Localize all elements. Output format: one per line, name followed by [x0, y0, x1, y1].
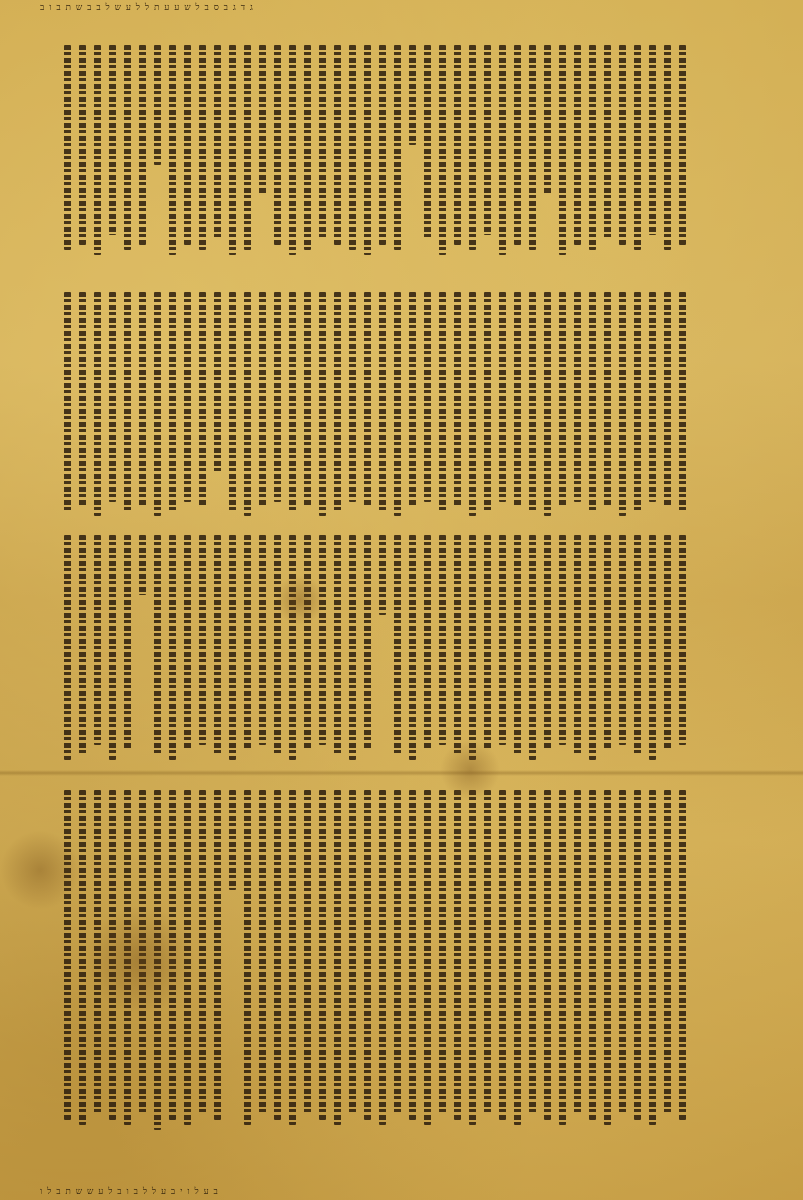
text-line — [287, 292, 298, 520]
text-line — [227, 790, 238, 1140]
text-line — [227, 45, 238, 280]
text-line — [512, 292, 523, 520]
text-line — [377, 45, 388, 280]
text-line — [242, 292, 253, 520]
text-line — [452, 535, 463, 767]
text-line — [572, 292, 583, 520]
text-line — [362, 292, 373, 520]
text-line — [467, 790, 478, 1140]
text-line — [572, 535, 583, 767]
text-line — [197, 292, 208, 520]
text-line — [137, 292, 148, 520]
text-line — [182, 535, 193, 767]
text-line — [587, 535, 598, 767]
text-line — [392, 535, 403, 767]
column-3 — [0, 535, 803, 767]
text-line — [557, 790, 568, 1140]
text-line — [677, 535, 688, 767]
text-line — [287, 790, 298, 1140]
top-partial-column: ג ד ג ב ס ב ל ש ע ע ת ל ל ע ש ל ב ב ש ת … — [40, 2, 740, 14]
text-line — [272, 292, 283, 520]
text-line — [212, 45, 223, 280]
text-line — [302, 45, 313, 280]
text-line — [467, 292, 478, 520]
text-line — [302, 292, 313, 520]
bottom-partial-column: ב ע ל ו י ב ע ל ל ב ו ב ל ע ש ש ת ב ל ו — [40, 1186, 740, 1198]
text-line — [62, 535, 73, 767]
text-line — [647, 45, 658, 280]
text-line — [572, 790, 583, 1140]
text-line — [347, 45, 358, 280]
text-line — [257, 535, 268, 767]
text-line — [527, 790, 538, 1140]
text-line — [512, 535, 523, 767]
text-line — [212, 292, 223, 520]
text-line — [677, 790, 688, 1140]
text-line — [497, 292, 508, 520]
text-line — [272, 790, 283, 1140]
text-line — [182, 45, 193, 280]
text-line — [617, 45, 628, 280]
text-line — [602, 292, 613, 520]
text-line — [77, 535, 88, 767]
text-line — [647, 292, 658, 520]
text-line — [542, 292, 553, 520]
text-line — [362, 790, 373, 1140]
text-line — [182, 292, 193, 520]
text-line — [662, 790, 673, 1140]
column-2 — [0, 292, 803, 520]
text-line — [677, 292, 688, 520]
text-line — [407, 292, 418, 520]
text-line — [167, 292, 178, 520]
text-line — [212, 535, 223, 767]
text-line — [167, 45, 178, 280]
parchment-stain — [440, 740, 500, 800]
parchment-stain — [85, 905, 195, 1015]
text-line — [602, 45, 613, 280]
text-line — [317, 292, 328, 520]
text-line — [662, 292, 673, 520]
text-line — [317, 535, 328, 767]
text-line — [92, 535, 103, 767]
text-line — [527, 292, 538, 520]
text-line — [212, 790, 223, 1140]
text-line — [257, 45, 268, 280]
text-line — [497, 790, 508, 1140]
text-line — [407, 45, 418, 280]
text-line — [302, 790, 313, 1140]
text-line — [257, 292, 268, 520]
text-line — [407, 535, 418, 767]
text-line — [287, 535, 298, 767]
text-line — [467, 45, 478, 280]
text-line — [152, 45, 163, 280]
parchment-stain — [0, 830, 80, 910]
text-line — [482, 790, 493, 1140]
text-line — [317, 45, 328, 280]
text-line — [347, 292, 358, 520]
text-line — [557, 535, 568, 767]
text-line — [92, 292, 103, 520]
text-line — [602, 535, 613, 767]
text-line — [557, 292, 568, 520]
text-line — [332, 45, 343, 280]
text-line — [677, 45, 688, 280]
text-line — [632, 535, 643, 767]
text-line — [107, 292, 118, 520]
text-line — [542, 535, 553, 767]
text-line — [167, 535, 178, 767]
text-line — [377, 535, 388, 767]
text-line — [422, 535, 433, 767]
text-line — [587, 292, 598, 520]
text-line — [107, 535, 118, 767]
text-line — [137, 45, 148, 280]
text-line — [587, 45, 598, 280]
text-line — [197, 45, 208, 280]
text-line — [422, 45, 433, 280]
text-line — [377, 790, 388, 1140]
text-line — [617, 790, 628, 1140]
text-line — [602, 790, 613, 1140]
text-line — [92, 45, 103, 280]
text-line — [347, 790, 358, 1140]
text-line — [467, 535, 478, 767]
text-line — [332, 790, 343, 1140]
text-line — [482, 45, 493, 280]
text-line — [647, 790, 658, 1140]
text-line — [632, 292, 643, 520]
text-line — [242, 790, 253, 1140]
text-line — [257, 790, 268, 1140]
text-line — [332, 535, 343, 767]
text-line — [392, 45, 403, 280]
text-line — [617, 292, 628, 520]
text-line — [77, 292, 88, 520]
text-line — [77, 45, 88, 280]
text-line — [452, 790, 463, 1140]
text-line — [122, 535, 133, 767]
text-line — [452, 292, 463, 520]
sheet-seam — [0, 770, 803, 776]
column-1 — [0, 45, 803, 280]
text-line — [137, 535, 148, 767]
text-line — [152, 292, 163, 520]
text-line — [302, 535, 313, 767]
text-line — [527, 535, 538, 767]
text-line — [497, 45, 508, 280]
text-line — [437, 535, 448, 767]
text-line — [422, 790, 433, 1140]
text-line — [632, 790, 643, 1140]
text-line — [587, 790, 598, 1140]
text-line — [227, 292, 238, 520]
text-line — [362, 535, 373, 767]
text-line — [197, 535, 208, 767]
text-line — [632, 45, 643, 280]
text-line — [422, 292, 433, 520]
text-line — [332, 292, 343, 520]
text-line — [437, 292, 448, 520]
text-line — [377, 292, 388, 520]
text-line — [122, 45, 133, 280]
text-line — [542, 45, 553, 280]
text-line — [62, 292, 73, 520]
text-line — [122, 292, 133, 520]
text-line — [317, 790, 328, 1140]
text-line — [662, 535, 673, 767]
text-line — [527, 45, 538, 280]
text-line — [512, 45, 523, 280]
text-line — [272, 45, 283, 280]
text-line — [152, 535, 163, 767]
text-line — [437, 45, 448, 280]
text-line — [497, 535, 508, 767]
text-line — [227, 535, 238, 767]
text-line — [407, 790, 418, 1140]
text-line — [242, 535, 253, 767]
text-line — [62, 45, 73, 280]
text-line — [197, 790, 208, 1140]
text-line — [482, 535, 493, 767]
text-line — [557, 45, 568, 280]
text-line — [617, 535, 628, 767]
text-line — [362, 45, 373, 280]
text-line — [272, 535, 283, 767]
text-line — [392, 292, 403, 520]
text-line — [542, 790, 553, 1140]
text-line — [242, 45, 253, 280]
text-line — [512, 790, 523, 1140]
parchment-stain — [275, 575, 325, 625]
text-line — [482, 292, 493, 520]
text-line — [287, 45, 298, 280]
text-line — [647, 535, 658, 767]
text-line — [392, 790, 403, 1140]
text-line — [437, 790, 448, 1140]
text-line — [107, 45, 118, 280]
text-line — [452, 45, 463, 280]
text-line — [347, 535, 358, 767]
text-line — [662, 45, 673, 280]
text-line — [572, 45, 583, 280]
